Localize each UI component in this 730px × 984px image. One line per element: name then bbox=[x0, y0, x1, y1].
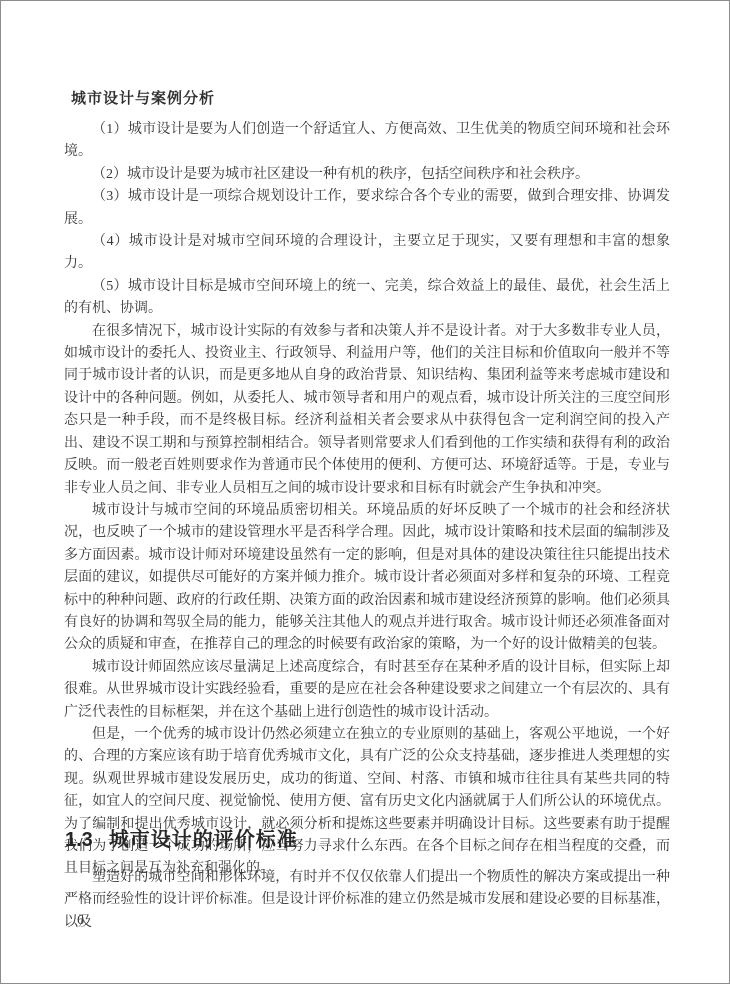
paragraph: 塑造好的城市空间和形体环境，有时并不仅仅依靠人们提出一个物质性的解决方案或提出一… bbox=[64, 867, 670, 934]
list-item: （2）城市设计是要为城市社区建设一种有机的秩序，包括空间秩序和社会秩序。 bbox=[64, 164, 670, 186]
page-number: 6 bbox=[77, 913, 84, 929]
running-header: 城市设计与案例分析 bbox=[71, 87, 215, 108]
paragraph: 在很多情况下，城市设计实际的有效参与者和决策人并不是设计者。对于大多数非专业人员… bbox=[64, 321, 670, 500]
main-text-block: （1）城市设计是要为人们创造一个舒适宜人、方便高效、卫生优美的物质空间环境和社会… bbox=[64, 119, 670, 881]
section-number: 1.3 bbox=[65, 829, 93, 851]
book-page: 城市设计与案例分析 （1）城市设计是要为人们创造一个舒适宜人、方便高效、卫生优美… bbox=[0, 0, 730, 984]
list-item: （1）城市设计是要为人们创造一个舒适宜人、方便高效、卫生优美的物质空间环境和社会… bbox=[64, 119, 670, 164]
list-item: （3）城市设计是一项综合规划设计工作，要求综合各个专业的需要，做到合理安排、协调… bbox=[64, 186, 670, 231]
paragraph: 但是，一个优秀的城市设计仍然必须建立在独立的专业原则的基础上，客观公平地说，一个… bbox=[64, 724, 670, 881]
paragraph: 城市设计与城市空间的环境品质密切相关。环境品质的好坏反映了一个城市的社会和经济状… bbox=[64, 500, 670, 657]
section-heading: 1.3城市设计的评价标准 bbox=[65, 823, 298, 852]
list-item: （5）城市设计目标是城市空间环境上的统一、完美，综合效益上的最佳、最优，社会生活… bbox=[64, 276, 670, 321]
section-text-block: 塑造好的城市空间和形体环境，有时并不仅仅依靠人们提出一个物质性的解决方案或提出一… bbox=[64, 867, 670, 934]
paragraph: 城市设计师固然应该尽量满足上述高度综合，有时甚至存在某种矛盾的设计目标，但实际上… bbox=[64, 657, 670, 724]
section-title: 城市设计的评价标准 bbox=[109, 829, 298, 851]
list-item: （4）城市设计是对城市空间环境的合理设计，主要立足于现实，又要有理想和丰富的想象… bbox=[64, 231, 670, 276]
